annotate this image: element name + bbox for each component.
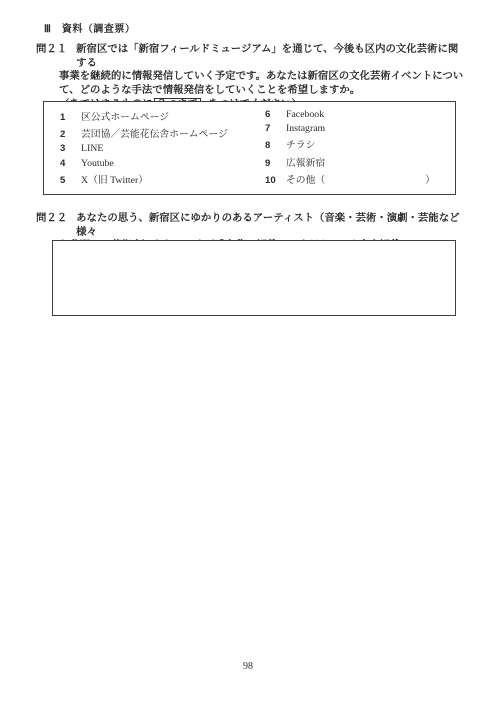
option-item-7: 7 Instagram xyxy=(265,123,435,134)
question-21-text-3: て、どのような手法で情報発信をしていくことを希望しますか。 xyxy=(59,84,468,98)
option-label: 区公式ホームページ xyxy=(81,109,169,123)
question-21-options-box: 1 区公式ホームページ 2 芸団協／芸能花伝舎ホームページ 3 LINE 4 Y… xyxy=(43,101,456,195)
option-label: Instagram xyxy=(286,123,325,134)
question-21-text-2: 事業を継続的に情報発信していく予定です。あなたは新宿区の文化芸術イベントについ xyxy=(59,70,468,84)
option-item-1: 1 区公式ホームページ xyxy=(60,109,265,123)
question-21-label: 問２１ xyxy=(36,43,67,70)
page-number: 98 xyxy=(0,661,496,672)
question-22-free-entry-box xyxy=(52,240,456,316)
option-item-6: 6 Facebook xyxy=(265,109,435,120)
question-22-line1: 問２２ あなたの思う、新宿区にゆかりのあるアーティスト（音楽・芸術・演劇・芸能な… xyxy=(36,212,468,239)
question-21-line1: 問２１ 新宿区では「新宿フィールドミュージアム」を通じて、今後も区内の文化芸術に… xyxy=(36,43,468,70)
option-item-10-other: 10 その他（ ） xyxy=(265,172,435,186)
section-heading: Ⅲ 資料（調査票） xyxy=(44,20,135,35)
option-number: 8 xyxy=(265,140,286,151)
question-22-label: 問２２ xyxy=(36,212,67,239)
question-21-text-1: 新宿区では「新宿フィールドミュージアム」を通じて、今後も区内の文化芸術に関する xyxy=(76,43,468,70)
option-number: 10 xyxy=(265,175,286,186)
question-22-text-1: あなたの思う、新宿区にゆかりのあるアーティスト（音楽・芸術・演劇・芸能など様々 xyxy=(76,212,468,239)
option-number: 6 xyxy=(265,109,286,120)
option-label: Facebook xyxy=(286,109,324,120)
option-number: 3 xyxy=(60,143,81,154)
options-column-right: 6 Facebook 7 Instagram 8 チラシ 9 広報新宿 10 そ… xyxy=(265,102,455,194)
option-label: LINE xyxy=(81,143,103,154)
option-number: 7 xyxy=(265,123,286,134)
option-label: チラシ xyxy=(286,137,315,151)
survey-document-page: Ⅲ 資料（調査票） 問２１ 新宿区では「新宿フィールドミュージアム」を通じて、今… xyxy=(0,0,496,702)
option-label: Youtube xyxy=(81,158,114,169)
option-label: 芸団協／芸能花伝舎ホームページ xyxy=(81,126,228,140)
option-number: 4 xyxy=(60,158,81,169)
option-item-4: 4 Youtube xyxy=(60,158,265,169)
option-item-3: 3 LINE xyxy=(60,143,265,154)
option-number: 2 xyxy=(60,129,81,140)
option-number: 5 xyxy=(60,175,81,186)
options-column-left: 1 区公式ホームページ 2 芸団協／芸能花伝舎ホームページ 3 LINE 4 Y… xyxy=(44,102,265,194)
option-number: 1 xyxy=(60,112,81,123)
option-item-9: 9 広報新宿 xyxy=(265,155,435,169)
option-item-8: 8 チラシ xyxy=(265,137,435,151)
option-label: その他（ xyxy=(286,172,325,186)
option-item-2: 2 芸団協／芸能花伝舎ホームページ xyxy=(60,126,265,140)
option-label: 広報新宿 xyxy=(286,155,325,169)
other-close-paren: ） xyxy=(425,172,435,186)
option-label: X（旧 Twitter） xyxy=(81,172,148,186)
option-item-5: 5 X（旧 Twitter） xyxy=(60,172,265,186)
option-number: 9 xyxy=(265,158,286,169)
